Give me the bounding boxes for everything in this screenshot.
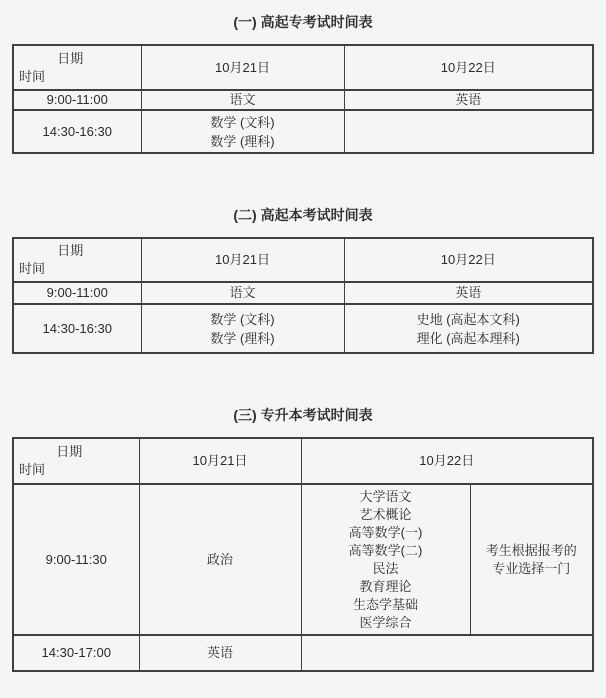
table1-morning-day1-subject: 语文 [141, 90, 344, 110]
table3-date-col2-header: 10月22日 [301, 438, 593, 484]
section-gaoqiben: (二) 高起本考试时间表 日期 时间 10月21日 10月22日 9:00-11… [0, 206, 606, 354]
table1-afternoon-day2-empty-cell [344, 110, 593, 153]
subject-line: 教育理论 [302, 578, 470, 596]
table3-morning-time: 9:00-11:30 [13, 484, 139, 635]
note-line: 考生根据报考的 [471, 542, 593, 560]
table1-afternoon-time: 14:30-16:30 [13, 110, 141, 153]
table1-morning-time: 9:00-11:00 [13, 90, 141, 110]
subject-line: 艺术概论 [302, 506, 470, 524]
table3-afternoon-day2-empty-cell [301, 635, 593, 671]
subject-line: 生态学基础 [302, 596, 470, 614]
table2-title: (二) 高起本考试时间表 [0, 206, 606, 224]
table2-morning-time: 9:00-11:00 [13, 282, 141, 304]
table1-row-morning: 9:00-11:00 语文 英语 [13, 90, 593, 110]
table2-afternoon-time: 14:30-16:30 [13, 304, 141, 353]
exam-schedule-page: { "page": { "background": "#f4f5f5", "te… [0, 0, 606, 698]
table2-date-col1-header: 10月21日 [141, 238, 344, 282]
table2-afternoon-day2-subjects: 史地 (高起本文科) 理化 (高起本理科) [344, 304, 593, 353]
subject-line: 数学 (文科) [142, 310, 344, 329]
table3-choose-one-note-cell: 考生根据报考的 专业选择一门 [470, 484, 593, 635]
table1-morning-day2-subject: 英语 [344, 90, 593, 110]
table3-header-row: 日期 时间 10月21日 10月22日 [13, 438, 593, 484]
corner-date-label: 日期 [14, 50, 141, 68]
subject-line: 理化 (高起本理科) [345, 329, 593, 348]
table3-afternoon-time: 14:30-17:00 [13, 635, 139, 671]
table2-morning-day2-subject: 英语 [344, 282, 593, 304]
subject-line: 民法 [302, 560, 470, 578]
table2-morning-day1-subject: 语文 [141, 282, 344, 304]
table1-date-col1-header: 10月21日 [141, 45, 344, 90]
subject-line: 高等数学(一) [302, 524, 470, 542]
corner-date-label: 日期 [14, 443, 139, 461]
table3-title: (三) 专升本考试时间表 [0, 406, 606, 424]
subject-line: 高等数学(二) [302, 542, 470, 560]
corner-time-label: 时间 [14, 461, 139, 479]
table1-date-col2-header: 10月22日 [344, 45, 593, 90]
table2-gaoqiben-schedule: 日期 时间 10月21日 10月22日 9:00-11:00 语文 英语 14:… [12, 237, 594, 354]
table1-gaoqizhuan-schedule: 日期 时间 10月21日 10月22日 9:00-11:00 语文 英语 14:… [12, 44, 594, 154]
table1-afternoon-day1-subjects: 数学 (文科) 数学 (理科) [141, 110, 344, 153]
corner-time-label: 时间 [14, 260, 141, 278]
table3-morning-day2-subject-list: 大学语文 艺术概论 高等数学(一) 高等数学(二) 民法 教育理论 生态学基础 … [301, 484, 470, 635]
table3-afternoon-day1-subject: 英语 [139, 635, 301, 671]
section-zhuanshengben: (三) 专升本考试时间表 日期 时间 10月21日 10月22日 9:00-11… [0, 406, 606, 672]
table3-morning-day1-subject: 政治 [139, 484, 301, 635]
table1-title: (一) 高起专考试时间表 [0, 13, 606, 31]
section-gaoqizhuan: (一) 高起专考试时间表 日期 时间 10月21日 10月22日 9:00-11… [0, 13, 606, 154]
table3-zhuanshengben-schedule: 日期 时间 10月21日 10月22日 9:00-11:30 政治 大学语文 艺… [12, 437, 594, 672]
corner-time-label: 时间 [14, 68, 141, 86]
subject-line: 史地 (高起本文科) [345, 310, 593, 329]
subject-line: 数学 (理科) [142, 329, 344, 348]
table3-date-col1-header: 10月21日 [139, 438, 301, 484]
table2-row-morning: 9:00-11:00 语文 英语 [13, 282, 593, 304]
table2-corner-cell: 日期 时间 [13, 238, 141, 282]
table3-row-afternoon: 14:30-17:00 英语 [13, 635, 593, 671]
subject-line: 大学语文 [302, 488, 470, 506]
subject-line: 数学 (理科) [142, 132, 344, 151]
table2-date-col2-header: 10月22日 [344, 238, 593, 282]
table1-header-row: 日期 时间 10月21日 10月22日 [13, 45, 593, 90]
table3-row-morning: 9:00-11:30 政治 大学语文 艺术概论 高等数学(一) 高等数学(二) … [13, 484, 593, 635]
subject-line: 数学 (文科) [142, 113, 344, 132]
table3-corner-cell: 日期 时间 [13, 438, 139, 484]
table2-row-afternoon: 14:30-16:30 数学 (文科) 数学 (理科) 史地 (高起本文科) 理… [13, 304, 593, 353]
table1-corner-cell: 日期 时间 [13, 45, 141, 90]
corner-date-label: 日期 [14, 242, 141, 260]
note-line: 专业选择一门 [471, 560, 593, 578]
table1-row-afternoon: 14:30-16:30 数学 (文科) 数学 (理科) [13, 110, 593, 153]
table2-afternoon-day1-subjects: 数学 (文科) 数学 (理科) [141, 304, 344, 353]
table2-header-row: 日期 时间 10月21日 10月22日 [13, 238, 593, 282]
subject-line: 医学综合 [302, 614, 470, 632]
